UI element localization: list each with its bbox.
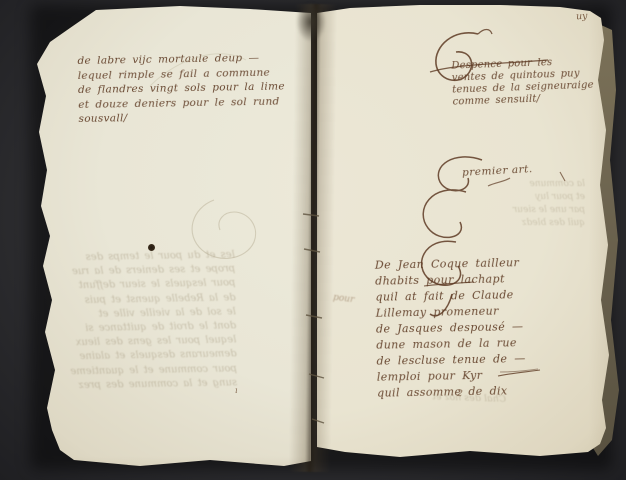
gutter-margin-note: pour	[332, 293, 354, 306]
stray-pen-mark: ı	[235, 386, 238, 395]
bleedthrough-line: et pour luy	[505, 191, 585, 204]
bleedthrough-line: par une le sieur	[505, 204, 585, 217]
folio-number: uy	[576, 11, 588, 23]
left-bleedthrough-block: les et du pour le temps des prope et ses…	[43, 248, 237, 393]
manuscript-scan: ŋ de labre vijc mortaule deup — lequel r…	[0, 0, 626, 480]
right-bleedthrough-bottom: Chal des noz et	[396, 390, 506, 406]
left-paragraph: de labre vijc mortaule deup — lequel rim…	[77, 50, 308, 127]
ink-blot	[148, 244, 155, 251]
gutter-top-smudge	[296, 2, 326, 42]
bleedthrough-line: la commune	[505, 178, 585, 191]
left-paragraph-line: sousvall/	[78, 108, 308, 127]
right-body-paragraph: De Jean Coque tailleur dhabits pour lach…	[375, 254, 569, 401]
bleedthrough-line: quil des bledz	[505, 217, 585, 230]
bleedthrough-line: Chal des noz et	[396, 390, 506, 406]
right-bleedthrough-mid: la commune et pour luy par une le sieur …	[505, 178, 585, 230]
section-label: premier art.	[462, 163, 533, 179]
binding-gutter	[289, 4, 338, 473]
right-heading: Despence pour les ventes de quintous puy…	[451, 55, 603, 108]
